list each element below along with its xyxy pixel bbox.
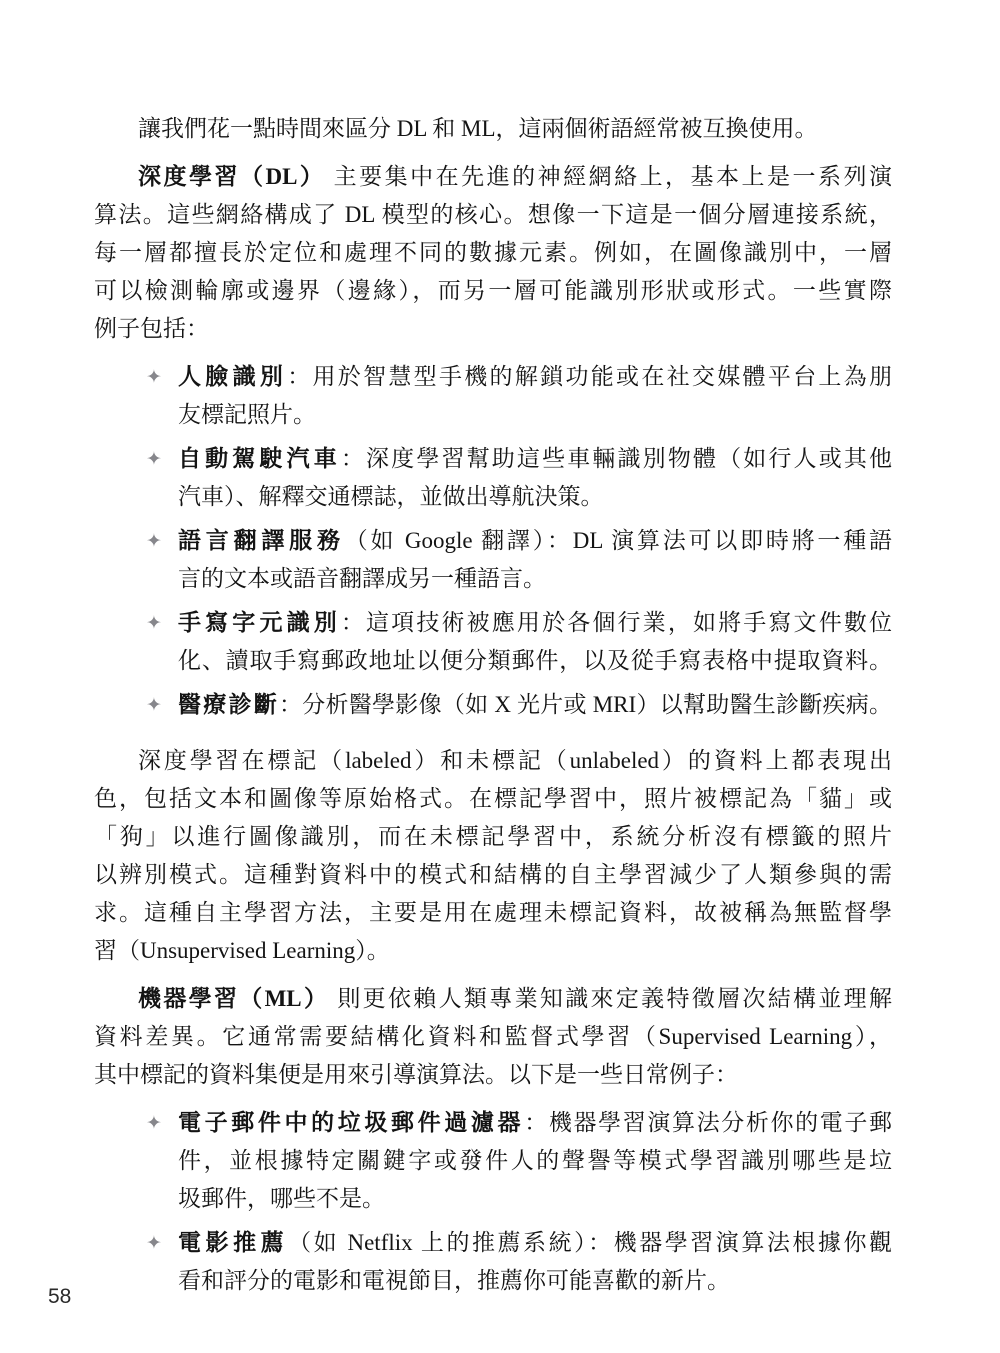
- text-line: 深度學習在標記（labeled）和未標記（unlabeled）的資料上都表現出: [94, 742, 892, 780]
- document-content: 讓我們花一點時間來區分 DL 和 ML，這兩個術語經常被互換使用。深度學習（DL…: [94, 110, 892, 1318]
- document-page: 讓我們花一點時間來區分 DL 和 ML，這兩個術語經常被互換使用。深度學習（DL…: [0, 0, 1000, 1353]
- text-line: 以辨別模式。這種對資料中的模式和結構的自主學習減少了人類參與的需: [94, 856, 892, 894]
- list-item: ✦語言翻譯服務（如 Google 翻譯）：DL 演算法可以即時將一種語言的文本或…: [94, 522, 892, 598]
- text-line: 手寫字元識別：這項技術被應用於各個行業，如將手寫文件數位: [178, 604, 892, 642]
- list-item: ✦電子郵件中的垃圾郵件過濾器：機器學習演算法分析你的電子郵件，並根據特定關鍵字或…: [94, 1104, 892, 1218]
- text-line: 看和評分的電影和電視節目，推薦你可能喜歡的新片。: [178, 1262, 892, 1300]
- list-item: ✦人臉識別：用於智慧型手機的解鎖功能或在社交媒體平台上為朋友標記照片。: [94, 358, 892, 434]
- text-line: 深度學習（DL） 主要集中在先進的神經網絡上，基本上是一系列演: [94, 158, 892, 196]
- list-item-term: 電子郵件中的垃圾郵件過濾器: [178, 1110, 524, 1135]
- four-pointed-star-bullet-icon: ✦: [146, 1224, 162, 1262]
- text-line: 讓我們花一點時間來區分 DL 和 ML，這兩個術語經常被互換使用。: [94, 110, 892, 148]
- paragraph: 機器學習（ML） 則更依賴人類專業知識來定義特徵層次結構並理解資料差異。它通常需…: [94, 980, 892, 1094]
- bullet-list: ✦人臉識別：用於智慧型手機的解鎖功能或在社交媒體平台上為朋友標記照片。✦自動駕駛…: [94, 358, 892, 724]
- text-line: 例子包括：: [94, 310, 892, 348]
- list-item-term: 電影推薦: [178, 1230, 288, 1255]
- list-item: ✦醫療診斷：分析醫學影像（如 X 光片或 MRI）以幫助醫生診斷疾病。: [94, 686, 892, 724]
- four-pointed-star-bullet-icon: ✦: [146, 522, 162, 560]
- paragraph-lead-term: 深度學習（DL）: [138, 164, 325, 189]
- text-line: 自動駕駛汽車：深度學習幫助這些車輛識別物體（如行人或其他: [178, 440, 892, 478]
- four-pointed-star-bullet-icon: ✦: [146, 604, 162, 642]
- four-pointed-star-bullet-icon: ✦: [146, 358, 162, 396]
- text-line: 算法。這些網絡構成了 DL 模型的核心。想像一下這是一個分層連接系統，: [94, 196, 892, 234]
- text-line: 習（Unsupervised Learning）。: [94, 932, 892, 970]
- text-line: 「狗」以進行圖像識別，而在未標記學習中，系統分析沒有標籤的照片: [94, 818, 892, 856]
- text-line: 求。這種自主學習方法，主要是用在處理未標記資料，故被稱為無監督學: [94, 894, 892, 932]
- text-line: 語言翻譯服務（如 Google 翻譯）：DL 演算法可以即時將一種語: [178, 522, 892, 560]
- four-pointed-star-bullet-icon: ✦: [146, 440, 162, 478]
- paragraph: 深度學習（DL） 主要集中在先進的神經網絡上，基本上是一系列演算法。這些網絡構成…: [94, 158, 892, 348]
- text-line: 友標記照片。: [178, 396, 892, 434]
- bullet-list: ✦電子郵件中的垃圾郵件過濾器：機器學習演算法分析你的電子郵件，並根據特定關鍵字或…: [94, 1104, 892, 1300]
- list-item: ✦自動駕駛汽車：深度學習幫助這些車輛識別物體（如行人或其他汽車）、解釋交通標誌，…: [94, 440, 892, 516]
- text-line: 電子郵件中的垃圾郵件過濾器：機器學習演算法分析你的電子郵: [178, 1104, 892, 1142]
- text-line: 每一層都擅長於定位和處理不同的數據元素。例如，在圖像識別中，一層: [94, 234, 892, 272]
- list-item: ✦電影推薦（如 Netflix 上的推薦系統）：機器學習演算法根據你觀看和評分的…: [94, 1224, 892, 1300]
- text-line: 色，包括文本和圖像等原始格式。在標記學習中，照片被標記為「貓」或: [94, 780, 892, 818]
- text-line: 人臉識別：用於智慧型手機的解鎖功能或在社交媒體平台上為朋: [178, 358, 892, 396]
- text-line: 醫療診斷：分析醫學影像（如 X 光片或 MRI）以幫助醫生診斷疾病。: [178, 686, 892, 724]
- list-item: ✦手寫字元識別：這項技術被應用於各個行業，如將手寫文件數位化、讀取手寫郵政地址以…: [94, 604, 892, 680]
- text-line: 汽車）、解釋交通標誌，並做出導航決策。: [178, 478, 892, 516]
- text-line: 可以檢測輪廓或邊界（邊緣），而另一層可能識別形狀或形式。一些實際: [94, 272, 892, 310]
- four-pointed-star-bullet-icon: ✦: [146, 1104, 162, 1142]
- text-line: 機器學習（ML） 則更依賴人類專業知識來定義特徵層次結構並理解: [94, 980, 892, 1018]
- list-item-term: 自動駕駛汽車: [178, 446, 341, 471]
- list-item-term: 語言翻譯服務: [178, 528, 345, 553]
- list-item-term: 手寫字元識別: [178, 610, 341, 635]
- text-line: 資料差異。它通常需要結構化資料和監督式學習（Supervised Learnin…: [94, 1018, 892, 1056]
- list-item-term: 人臉識別: [178, 364, 287, 389]
- text-line: 件，並根據特定關鍵字或發件人的聲譽等模式學習識別哪些是垃: [178, 1142, 892, 1180]
- paragraph: 深度學習在標記（labeled）和未標記（unlabeled）的資料上都表現出色…: [94, 742, 892, 970]
- paragraph: 讓我們花一點時間來區分 DL 和 ML，這兩個術語經常被互換使用。: [94, 110, 892, 148]
- four-pointed-star-bullet-icon: ✦: [146, 686, 162, 724]
- page-number: 58: [48, 1285, 71, 1309]
- text-line: 言的文本或語音翻譯成另一種語言。: [178, 560, 892, 598]
- text-line: 化、讀取手寫郵政地址以便分類郵件，以及從手寫表格中提取資料。: [178, 642, 892, 680]
- text-line: 圾郵件，哪些不是。: [178, 1180, 892, 1218]
- paragraph-lead-term: 機器學習（ML）: [138, 986, 329, 1011]
- list-item-term: 醫療診斷: [178, 692, 279, 717]
- text-line: 電影推薦（如 Netflix 上的推薦系統）：機器學習演算法根據你觀: [178, 1224, 892, 1262]
- text-line: 其中標記的資料集便是用來引導演算法。以下是一些日常例子：: [94, 1056, 892, 1094]
